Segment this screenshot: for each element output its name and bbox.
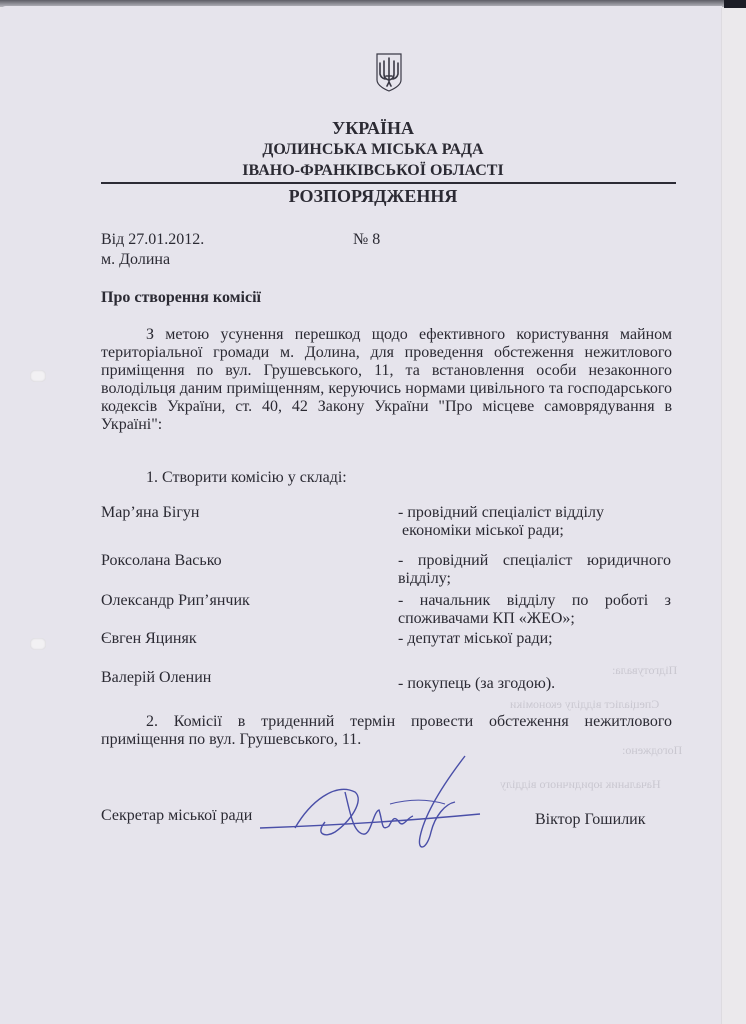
- member-role-line-2: економіки міської ради;: [398, 522, 564, 539]
- member-role: - провідний спеціаліст відділу економіки…: [398, 504, 671, 540]
- punch-hole-top: [30, 370, 46, 382]
- member-name: Євген Яциняк: [101, 630, 197, 648]
- member-name: Мар’яна Бігун: [101, 504, 199, 522]
- member-role: - начальник відділу по роботі з споживач…: [398, 592, 671, 628]
- signatory-position: Секретар міської ради: [101, 807, 252, 825]
- handwritten-signature-icon: [255, 752, 485, 862]
- member-name: Роксолана Васько: [101, 552, 222, 570]
- document-date: Від 27.01.2012.: [101, 231, 204, 249]
- scan-top-edge-dark: [724, 0, 746, 8]
- header-divider: [101, 182, 676, 184]
- member-role: - провідний спеціаліст юридичного відділ…: [398, 552, 671, 588]
- header-country: УКРАЇНА: [0, 118, 746, 138]
- item-1-create-commission: 1. Створити комісію у складі:: [146, 469, 347, 487]
- item-2-inspection: 2. Комісії в триденний термін провести о…: [101, 713, 672, 749]
- bleed-through-specialist: Спеціаліст відділу економіки: [510, 697, 659, 712]
- document-number: № 8: [353, 231, 380, 249]
- member-name: Валерій Оленин: [101, 669, 211, 687]
- header-council: ДОЛИНСЬКА МІСЬКА РАДА: [0, 141, 746, 159]
- header-region: ІВАНО-ФРАНКІВСЬКОЇ ОБЛАСТІ: [0, 162, 746, 180]
- page-right-edge: [721, 8, 746, 1024]
- member-role: - покупець (за згодою).: [398, 675, 671, 693]
- member-name: Олександр Рип’янчик: [101, 592, 250, 610]
- trident-coat-of-arms-icon: [375, 52, 403, 92]
- document-subject: Про створення комісії: [101, 289, 261, 307]
- bleed-through-head-legal: Начальник юридичного відділу: [500, 777, 661, 792]
- signatory-name: Віктор Гошилик: [535, 811, 646, 829]
- document-place: м. Долина: [101, 251, 170, 269]
- member-role: - депутат міської ради;: [398, 630, 671, 648]
- document-type-title: РОЗПОРЯДЖЕННЯ: [0, 185, 746, 207]
- preamble-paragraph: З метою усунення перешкод щодо ефективно…: [101, 326, 672, 434]
- member-role-line-1: - провідний спеціаліст відділу: [398, 504, 604, 521]
- punch-hole-bottom: [30, 638, 46, 650]
